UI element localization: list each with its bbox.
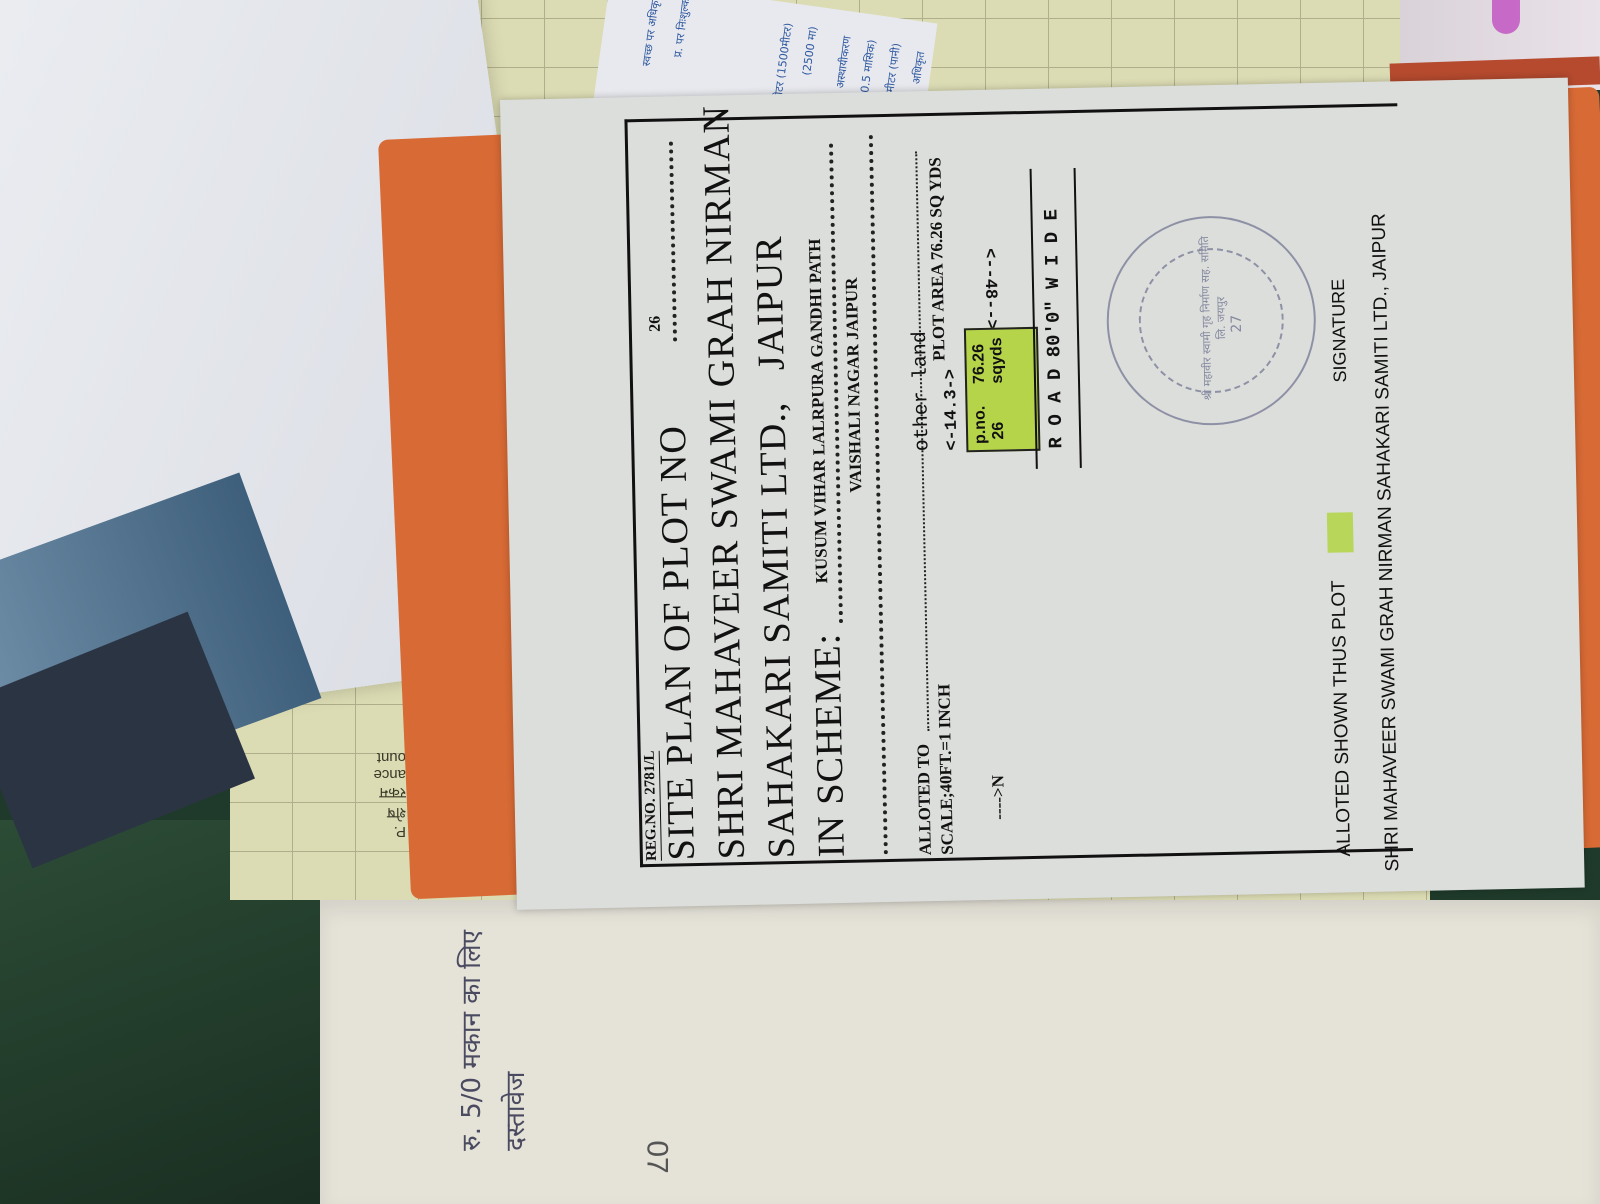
plot-number-filled: 26 (647, 316, 665, 332)
plot-label: p.no. (972, 406, 991, 445)
ledger-text: रकम (286, 783, 406, 803)
north-arrow: ---->N (988, 775, 1009, 820)
title-text: SITE PLAN OF PLOT NO (652, 425, 703, 861)
site-plan-page: REG.NO. 2781/L SITE PLAN OF PLOT NO 26 S… (624, 91, 1430, 867)
handwritten-note: रु. 5/0 मकान का लिए दस्तावेज (450, 930, 538, 1151)
legend-swatch (1327, 512, 1354, 553)
title-text: JAIPUR (748, 235, 793, 371)
form-text: (2500 मा) (799, 25, 821, 76)
signature-label: SIGNATURE (1328, 279, 1351, 383)
ledger-text: ance (286, 766, 406, 783)
ledger-stub-text: P. शेष रकम ance ount (286, 700, 406, 840)
ledger-text: P. (286, 823, 406, 840)
depth-dimension: <--48--> (979, 248, 1000, 330)
plot-area-unit: SQ YDS (925, 157, 945, 218)
ledger-text: ount (286, 749, 406, 766)
scheme-label: IN SCHEME: (805, 633, 854, 858)
plot-area-in-box: 76.26 (970, 344, 989, 384)
form-text: (0.5 मासिक) (857, 39, 880, 98)
plot-number: 26 (990, 422, 1008, 440)
handwritten-line: रु. 5/0 मकान का लिए (450, 930, 494, 1151)
plot-unit-in-box: sqyds (988, 337, 1007, 384)
form-text: प्र. पर निःशुल्क (670, 0, 693, 58)
form-text: अस्थायीकरण (833, 35, 855, 89)
form-text: मीटर (1500मीटर) (770, 22, 796, 102)
handwritten-line: दस्तावेज (494, 930, 538, 1151)
ledger-text: शेष (286, 803, 406, 823)
site-plan-document: REG.NO. 2781/L SITE PLAN OF PLOT NO 26 S… (500, 78, 1585, 910)
title-line-1: SITE PLAN OF PLOT NO (651, 425, 704, 861)
plot-26-box[interactable]: p.no. 26 76.26 sqyds (964, 327, 1041, 453)
notebook-number: 07 (640, 1140, 674, 1173)
form-text: स्वच्छ पर अधिकृत (639, 0, 664, 67)
plot-area-value: 76.26 (927, 222, 947, 261)
scale-label: SCALE;40FT.=1 INCH (934, 684, 958, 855)
stamp-ring-text: श्री महावीर स्वामी गृह निर्माण सह. समिति… (1197, 233, 1231, 404)
form-text: मीटर (पानी) (882, 42, 904, 93)
title-text: SAHAKARI SAMITI LTD., (751, 401, 803, 858)
alloted-to-label: ALLOTED TO (914, 744, 936, 856)
other-land-label: other land (909, 331, 935, 451)
form-text: अधिकृत (909, 51, 928, 86)
width-dimension: <-14.3-> (942, 369, 963, 451)
stamp-center-text: 27 (1229, 315, 1245, 333)
